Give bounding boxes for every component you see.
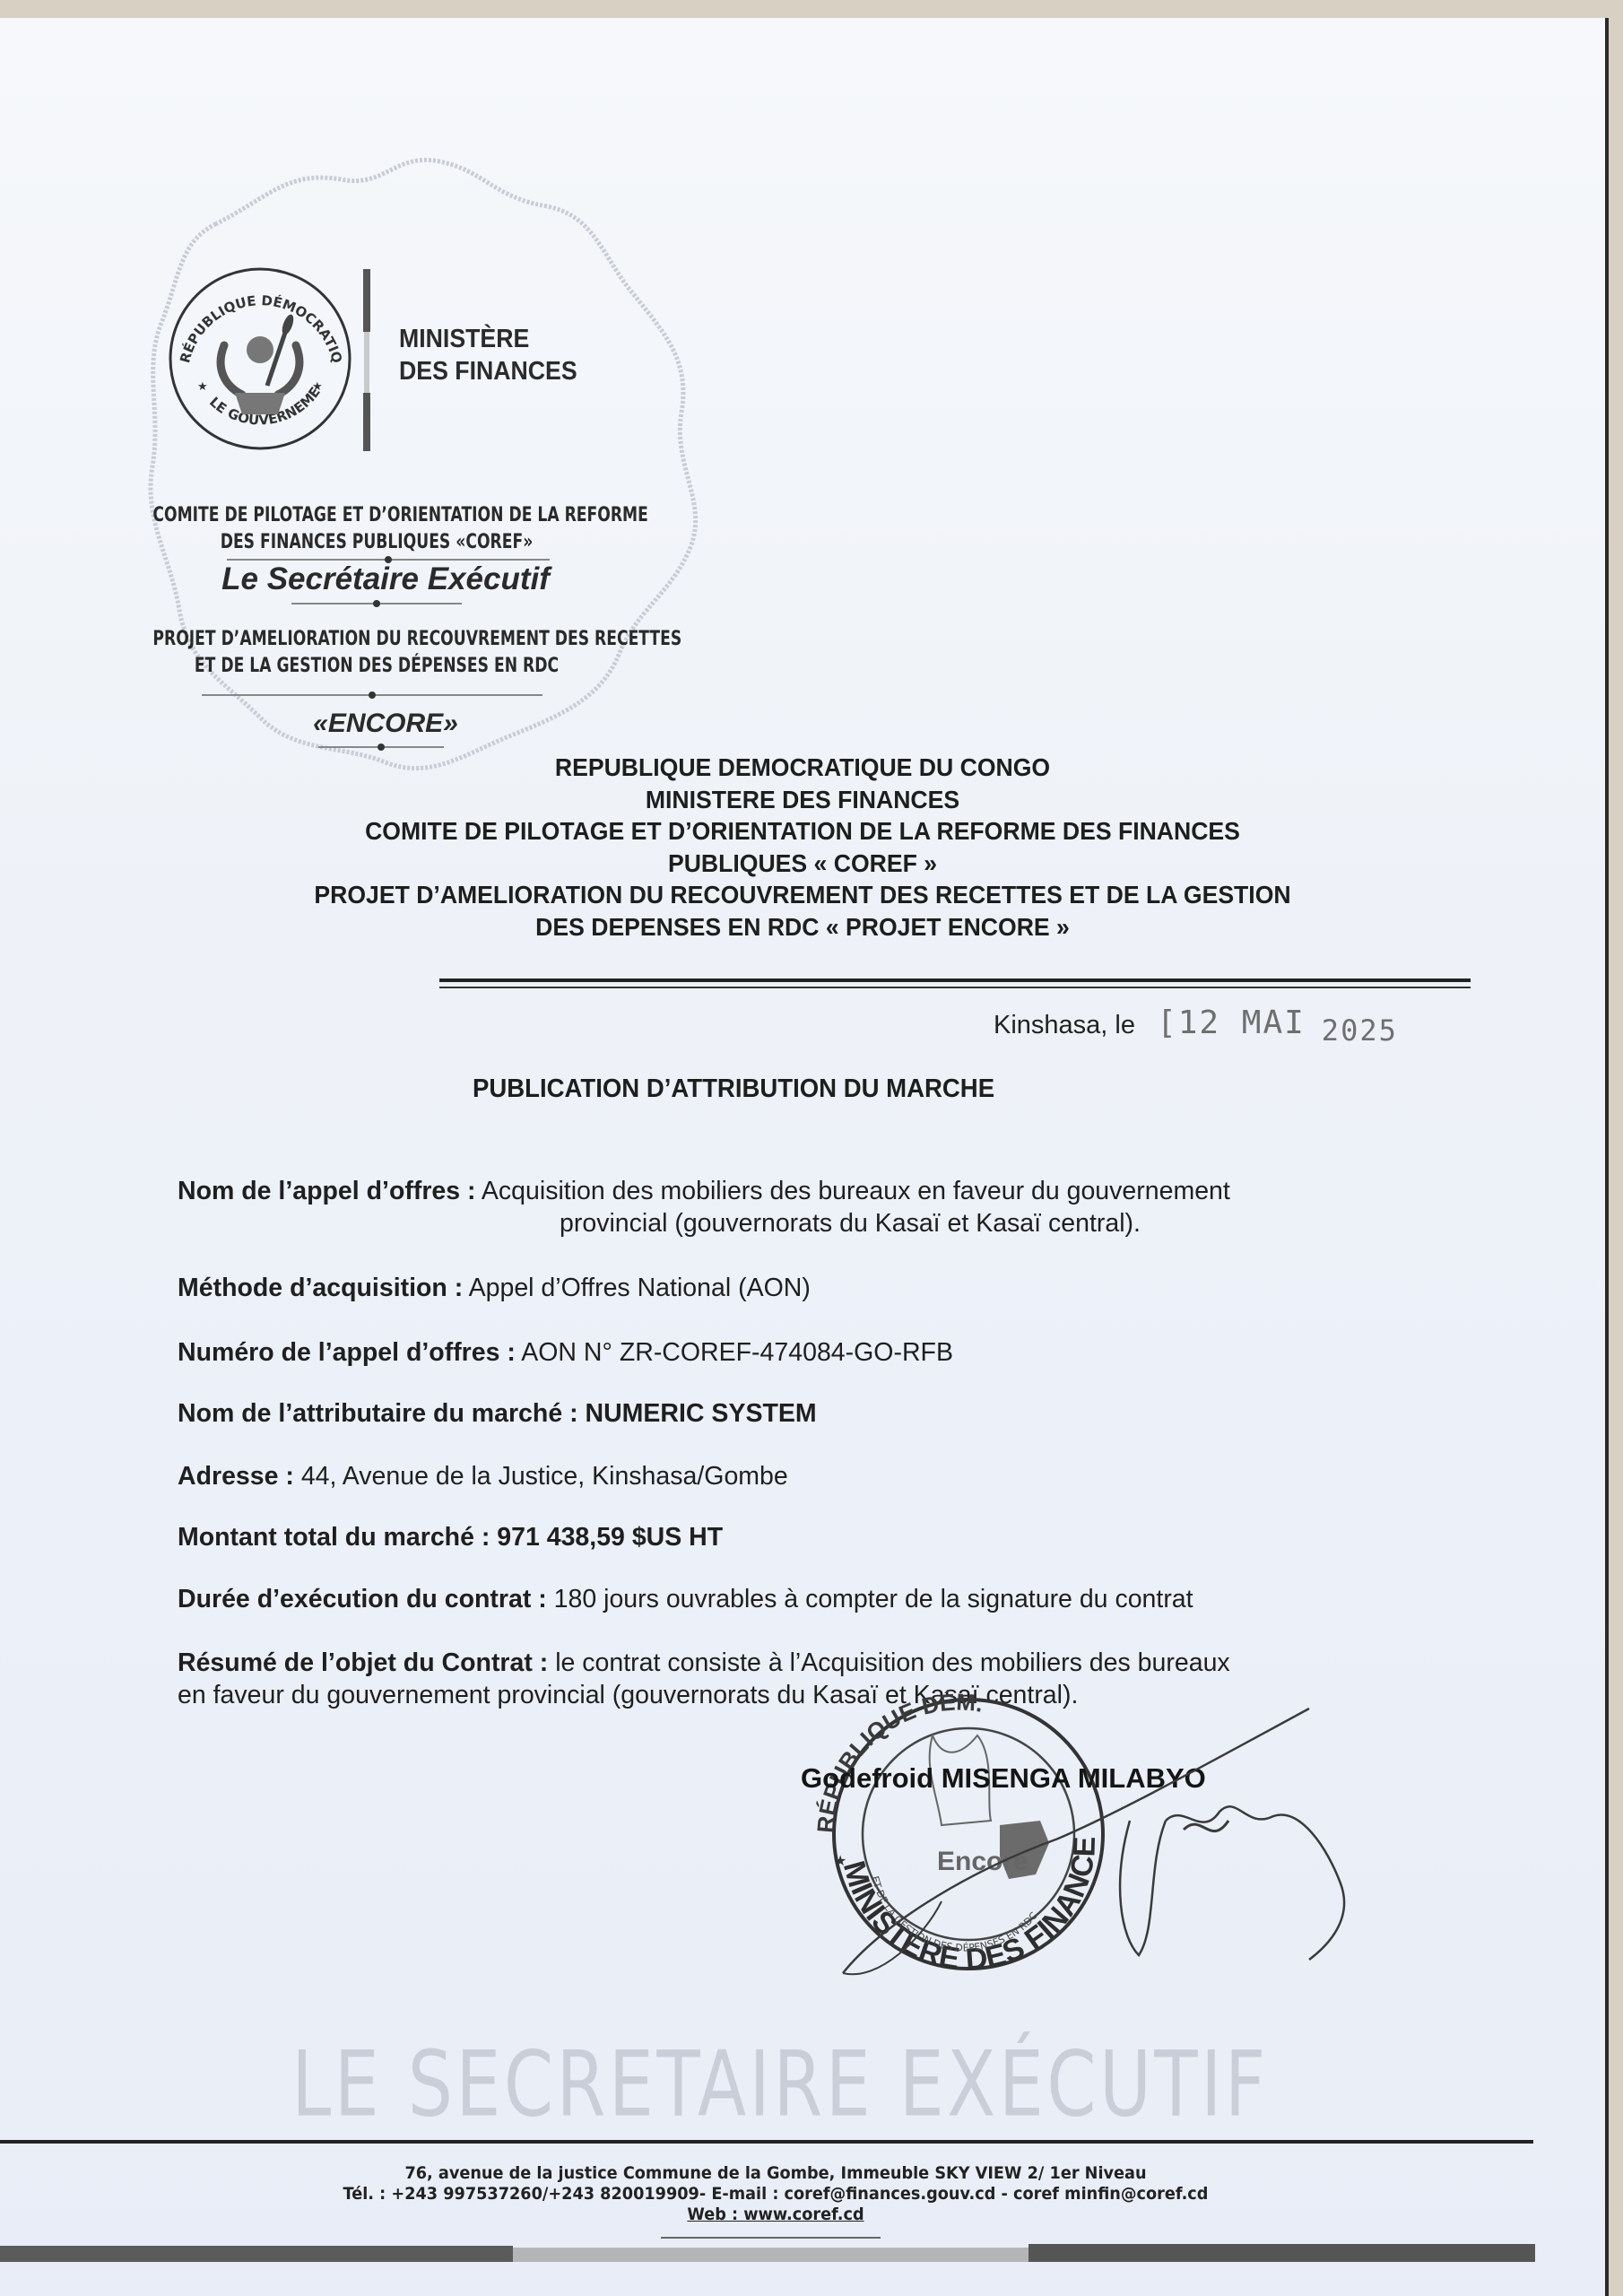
header-rule: [439, 978, 1471, 982]
ministry-logo-text: MINISTÈRE DES FINANCES: [399, 323, 577, 387]
field-label: Méthode d’acquisition :: [178, 1274, 463, 1302]
official-header: REPUBLIQUE DEMOCRATIQUE DU CONGO MINISTE…: [236, 752, 1369, 943]
field-acquisition-method: Méthode d’acquisition : Appel d’Offres N…: [178, 1272, 1379, 1304]
date-stamp-year: 2025: [1322, 1013, 1398, 1048]
coref-line: COMITE DE PILOTAGE ET D’ORIENTATION DE L…: [152, 502, 600, 529]
ornament-divider: [291, 603, 462, 604]
date-prefix: Kinshasa, le: [994, 1011, 1135, 1039]
ornament-divider: [227, 559, 550, 561]
svg-text:★: ★: [312, 379, 323, 393]
field-value: Acquisition des mobiliers des bureaux en…: [482, 1177, 1230, 1205]
header-line: COMITE DE PILOTAGE ET D’ORIENTATION DE L…: [236, 815, 1369, 848]
seal-watermark-icon: [135, 143, 708, 789]
header-line: PUBLIQUES « COREF »: [236, 848, 1369, 880]
field-value-continued: provincial (gouvernorats du Kasaï et Kas…: [178, 1207, 1379, 1239]
coref-committee-name: COMITE DE PILOTAGE ET D’ORIENTATION DE L…: [152, 502, 600, 556]
field-label: Montant total du marché :: [178, 1523, 490, 1552]
footer-contact-block: 76, avenue de la justice Commune de la G…: [221, 2163, 1331, 2225]
header-line: REPUBLIQUE DEMOCRATIQUE DU CONGO: [236, 752, 1369, 784]
footer-band: [1028, 2244, 1535, 2262]
project-name-logo: «ENCORE»: [99, 709, 673, 739]
field-tender-name: Nom de l’appel d’offres : Acquisition de…: [178, 1175, 1379, 1239]
footer-band: [513, 2248, 1028, 2262]
ornament-divider: [318, 746, 444, 748]
field-execution-duration: Durée d’exécution du contrat : 180 jours…: [178, 1583, 1379, 1615]
watermark-title: LE SECRETAIRE EXÉCUTIF: [232, 2031, 1327, 2137]
footer-address: 76, avenue de la justice Commune de la G…: [221, 2163, 1331, 2184]
logo-divider: [363, 393, 370, 451]
field-value: le contrat consiste à l’Acquisition des …: [555, 1648, 1229, 1677]
date-stamp: [12 MAI2025: [1157, 1004, 1398, 1041]
handwritten-signature-icon: [825, 1704, 1363, 1991]
field-label: Durée d’exécution du contrat :: [178, 1585, 547, 1613]
ministry-logo-line: DES FINANCES: [399, 355, 577, 387]
footer-contact: Tél. : +243 997537260/+243 820019909- E-…: [221, 2184, 1331, 2205]
logo-divider: [364, 332, 369, 393]
project-description: PROJET D’AMELIORATION DU RECOUVREMENT DE…: [152, 626, 600, 680]
logo-divider: [363, 269, 370, 332]
footer-rule: [0, 2140, 1533, 2144]
field-tender-number: Numéro de l’appel d’offres : AON N° ZR-C…: [178, 1336, 1379, 1369]
field-value: NUMERIC SYSTEM: [586, 1399, 817, 1428]
document-title: PUBLICATION D’ATTRIBUTION DU MARCHE: [473, 1074, 994, 1104]
header-rule: [439, 987, 1471, 988]
field-label: Nom de l’appel d’offres :: [178, 1177, 476, 1205]
document-page: RÉPUBLIQUE DÉMOCRATIQUE DU CONGO LE GOUV…: [0, 18, 1609, 2296]
coat-of-arms-emblem-icon: RÉPUBLIQUE DÉMOCRATIQUE DU CONGO LE GOUV…: [161, 260, 359, 457]
field-awardee: Nom de l’attributaire du marché : NUMERI…: [178, 1397, 1379, 1430]
field-value: Appel d’Offres National (AON): [469, 1274, 811, 1302]
field-total-amount: Montant total du marché : 971 438,59 $US…: [178, 1521, 1379, 1553]
date-stamp-day-month: 12 MAI: [1178, 1004, 1306, 1041]
footer-ornament-rule: [661, 2237, 881, 2239]
project-line: ET DE LA GESTION DES DÉPENSES EN RDC: [152, 653, 600, 680]
field-label: Adresse :: [178, 1462, 294, 1491]
field-label: Numéro de l’appel d’offres :: [178, 1338, 516, 1367]
field-label: Nom de l’attributaire du marché :: [178, 1399, 578, 1428]
ornament-divider: [202, 694, 542, 696]
header-line: PROJET D’AMELIORATION DU RECOUVREMENT DE…: [236, 879, 1369, 911]
field-value: 44, Avenue de la Justice, Kinshasa/Gombe: [301, 1462, 788, 1491]
ministry-logo-line: MINISTÈRE: [399, 323, 577, 355]
field-value: 180 jours ouvrables à compter de la sign…: [554, 1585, 1193, 1613]
field-label: Résumé de l’objet du Contrat :: [178, 1648, 548, 1677]
footer-website-link[interactable]: Web : www.coref.cd: [221, 2205, 1331, 2225]
header-line: MINISTERE DES FINANCES: [236, 784, 1369, 816]
place-date: Kinshasa, le [12 MAI2025: [994, 1004, 1398, 1041]
footer-band: [0, 2246, 513, 2262]
field-address: Adresse : 44, Avenue de la Justice, Kins…: [178, 1460, 1379, 1492]
field-contract-summary: Résumé de l’objet du Contrat : le contra…: [178, 1647, 1379, 1711]
role-title: Le Secrétaire Exécutif: [99, 561, 673, 597]
coref-line: DES FINANCES PUBLIQUES «COREF»: [152, 529, 600, 556]
svg-text:★: ★: [197, 379, 208, 393]
field-value: AON N° ZR-COREF-474084-GO-RFB: [521, 1338, 953, 1367]
project-line: PROJET D’AMELIORATION DU RECOUVREMENT DE…: [152, 626, 600, 653]
field-value: 971 438,59 $US HT: [497, 1523, 723, 1552]
header-line: DES DEPENSES EN RDC « PROJET ENCORE »: [236, 911, 1369, 944]
